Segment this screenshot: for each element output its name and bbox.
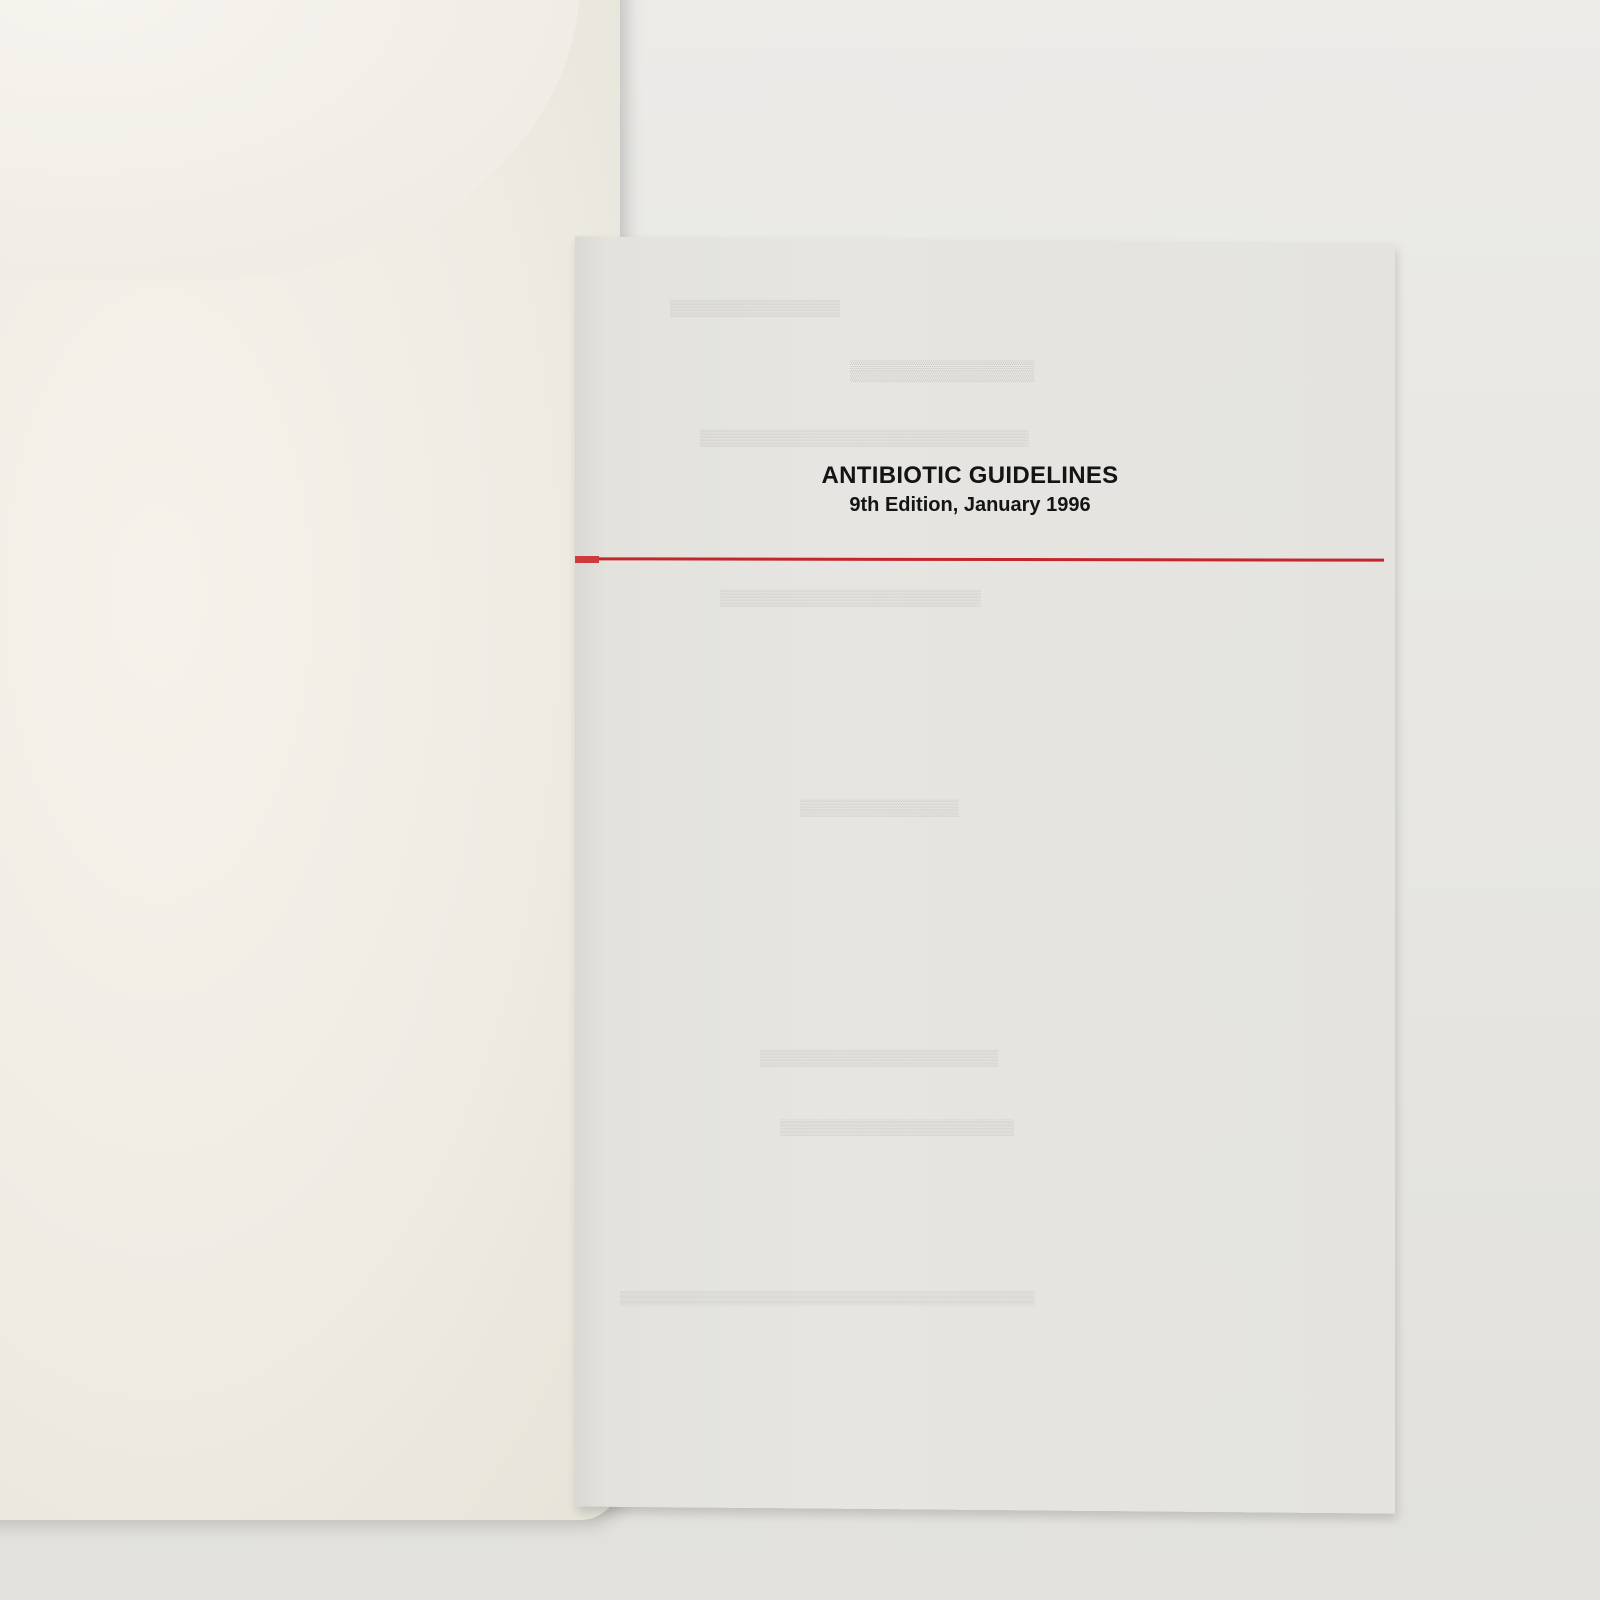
left-page xyxy=(0,0,620,1520)
show-through-text: ▒▒▒▒▒▒▒▒▒▒▒▒▒ xyxy=(850,360,1034,383)
show-through-text: ▒▒▒▒▒▒▒▒▒▒▒▒▒▒▒▒▒▒▒▒▒▒▒▒▒▒▒▒▒ xyxy=(700,430,1029,448)
book-title: ANTIBIOTIC GUIDELINES xyxy=(740,462,1200,490)
show-through-text: ▒▒▒▒▒▒▒▒▒▒▒▒▒▒▒▒▒▒▒▒▒▒▒ xyxy=(720,590,981,608)
show-through-text: ▒▒▒▒▒▒▒▒▒▒▒▒▒▒▒▒▒▒▒▒▒ xyxy=(760,1050,998,1068)
edition-subtitle: 9th Edition, January 1996 xyxy=(740,494,1200,517)
show-through-text: ▒▒▒▒▒▒▒▒▒▒▒▒▒▒▒▒▒▒▒▒▒▒ xyxy=(780,1120,1014,1137)
show-through-text: ▒▒▒▒▒▒▒▒▒▒▒▒▒▒▒▒▒▒▒▒▒▒▒▒▒▒▒▒▒▒▒▒▒▒▒▒▒▒▒▒… xyxy=(620,1290,1034,1306)
show-through-text: ▒▒▒▒▒▒▒▒▒▒▒▒▒▒ xyxy=(800,800,959,818)
title-block: ANTIBIOTIC GUIDELINES 9th Edition, Janua… xyxy=(740,462,1200,517)
show-through-text: ▒▒▒▒▒▒▒▒▒▒▒▒▒▒▒ xyxy=(670,300,840,318)
page-curl xyxy=(0,0,580,280)
right-page xyxy=(575,236,1395,1513)
rule-end-mark xyxy=(575,556,599,563)
